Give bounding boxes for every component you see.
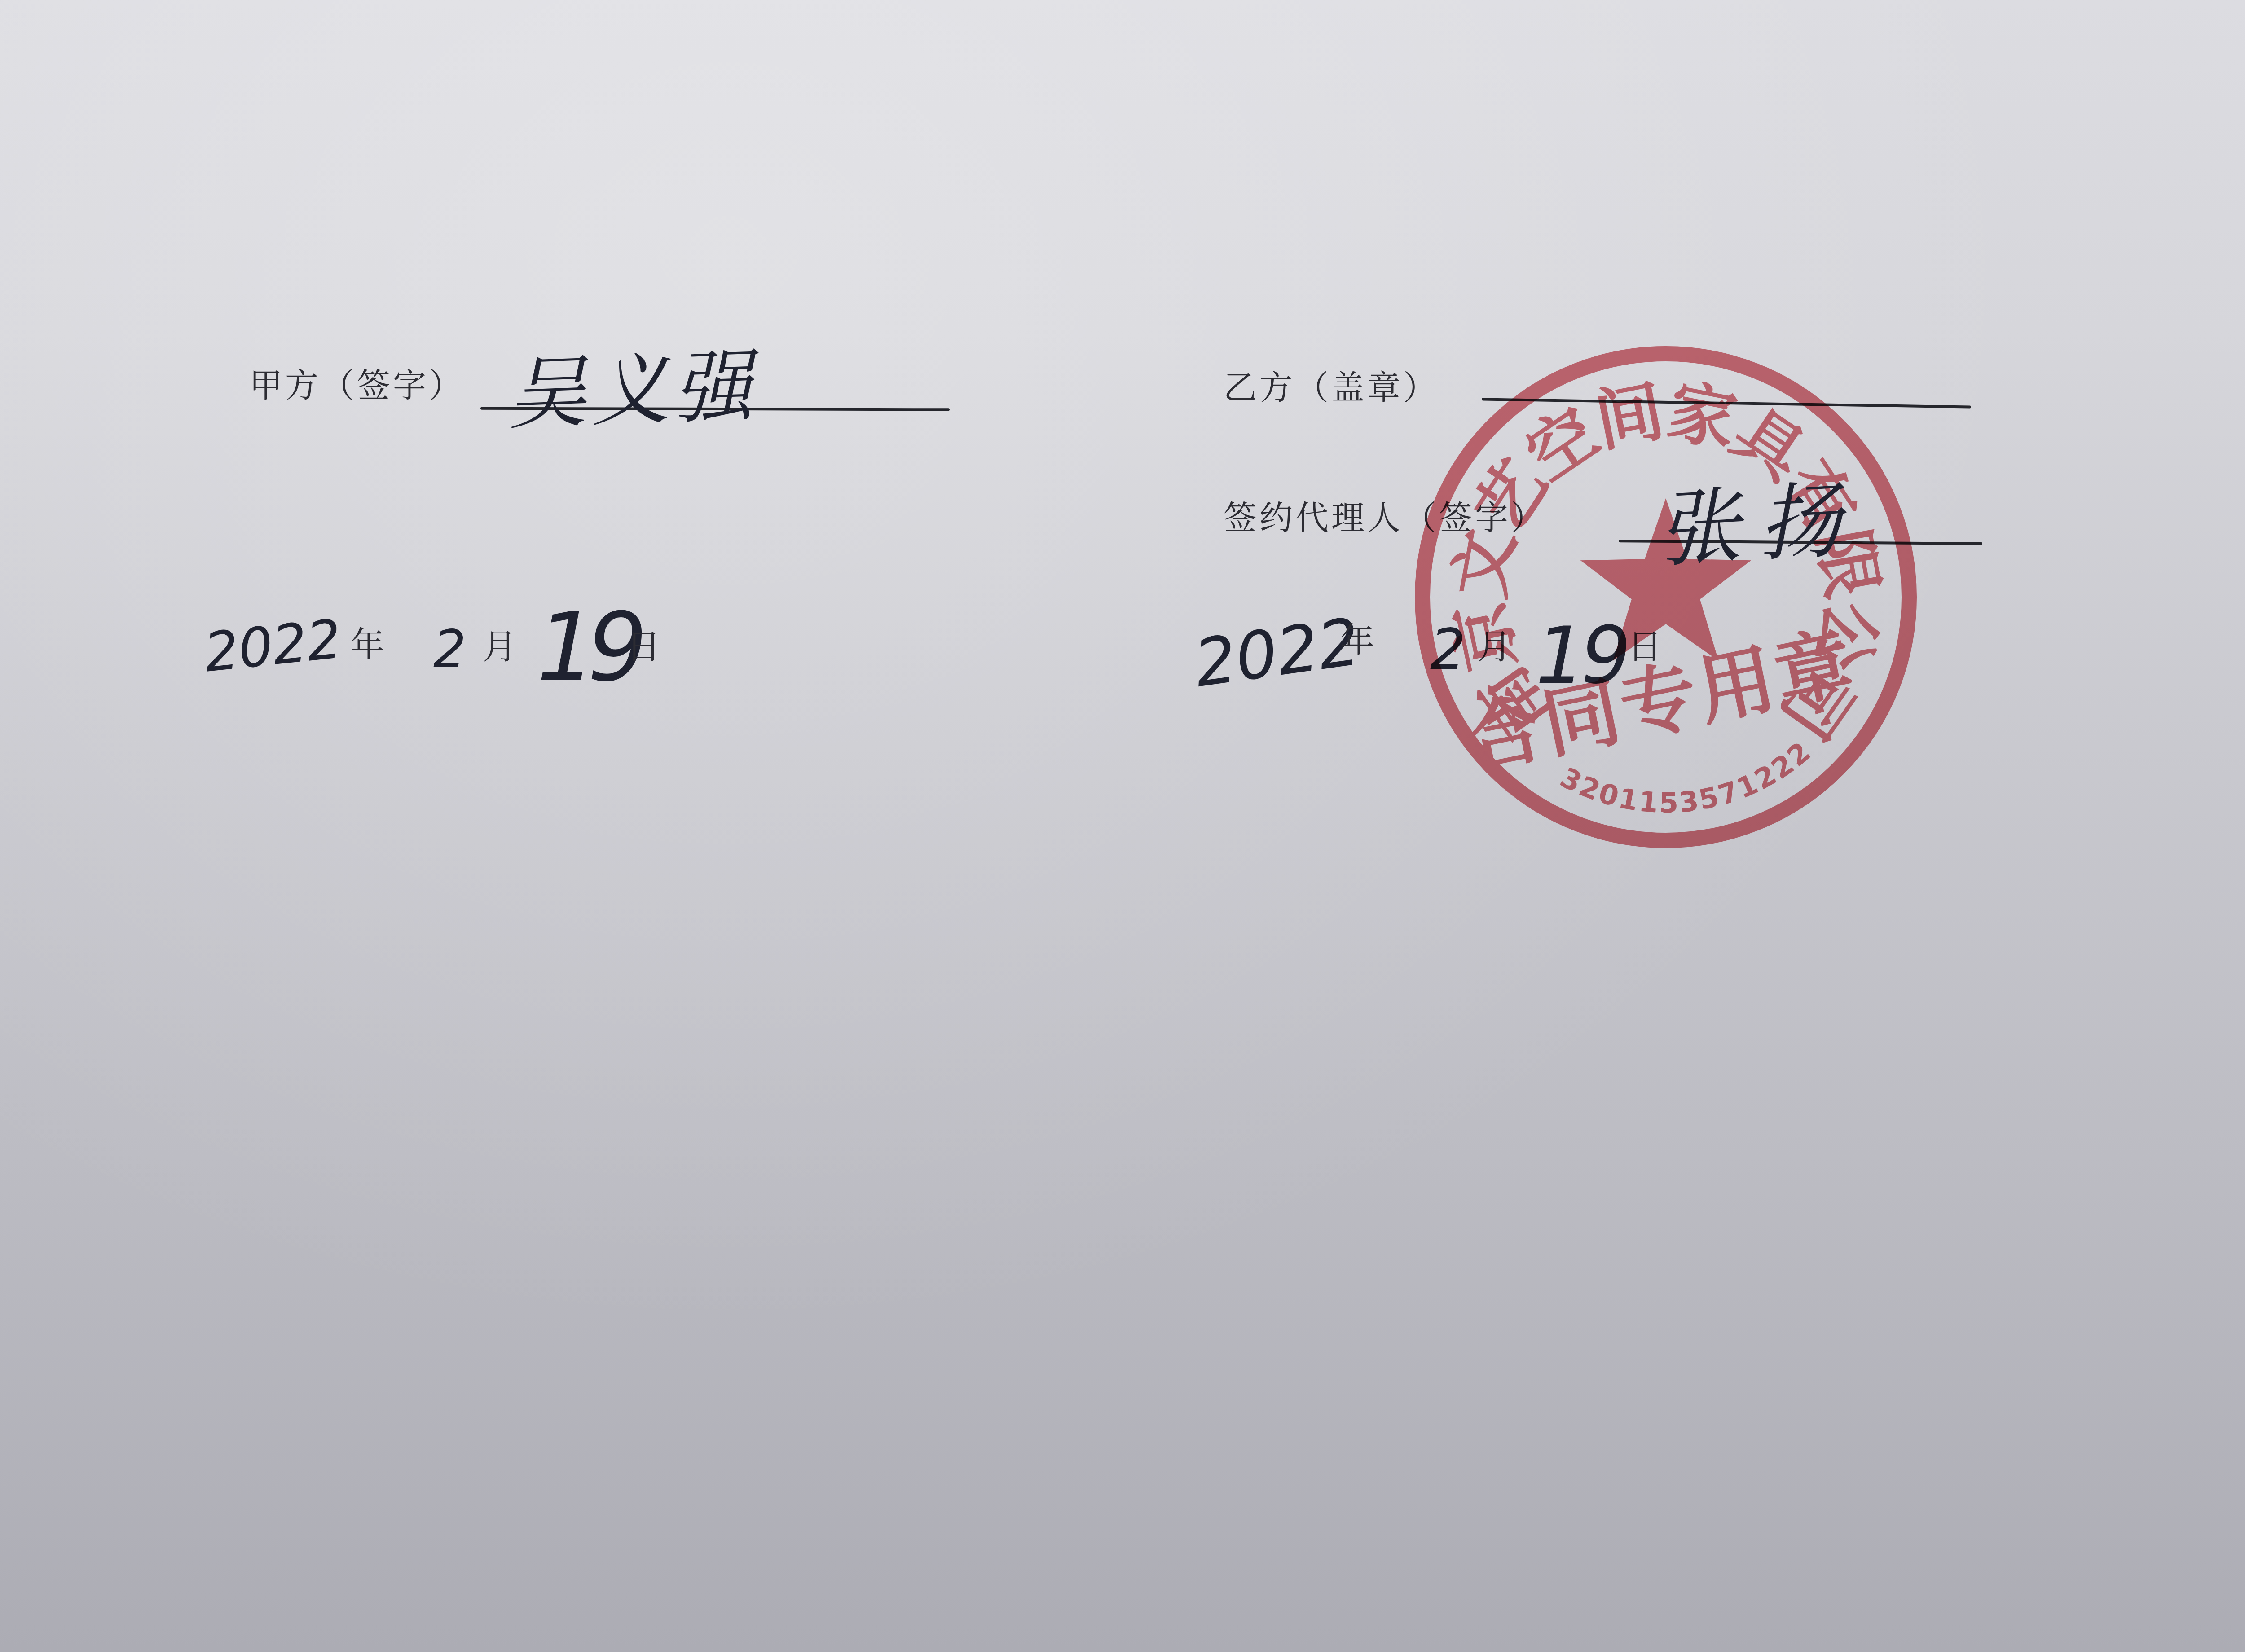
party-b-date-year-unit: 年 (1340, 613, 1374, 662)
party-a-label: 甲方（签字） (249, 359, 465, 407)
party-a-date-month: 2 (433, 619, 466, 680)
party-a-date-month-unit: 月 (483, 619, 517, 668)
party-a-date-day: 19 (537, 593, 638, 703)
party-a-date-year-unit: 年 (350, 617, 384, 666)
party-a-signature: 吴义强 (506, 323, 758, 444)
company-seal: 南京文艺空间家具有限公司合同专用章3201153571222 (1401, 332, 1931, 862)
party-b-agent-signature: 张扬 (1654, 453, 1862, 582)
party-a-date-day-unit: 日 (626, 619, 660, 668)
document-page: 甲方（签字） 吴义强 2022 年 2 月 19 日 乙方（盖章） 签约代理人（… (0, 0, 2245, 1652)
